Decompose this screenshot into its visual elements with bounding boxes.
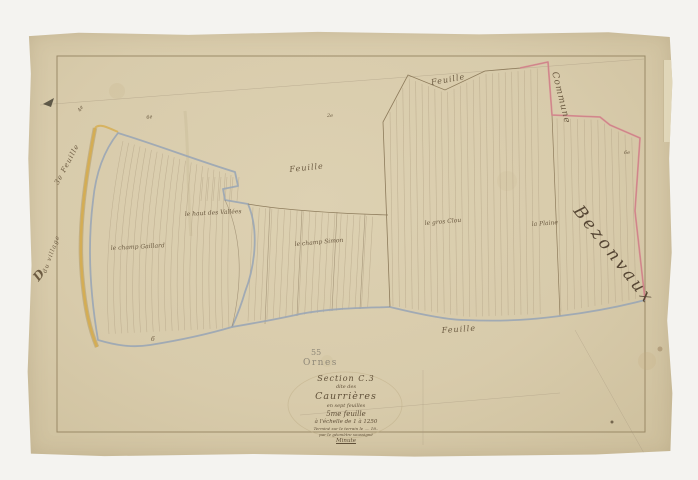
hatch-line (480, 77, 483, 317)
cartouche-section: Section C.3 (285, 375, 407, 383)
hatch-line (537, 69, 540, 314)
map-sheet: Feuille Feuille Feuille 3e Feuille Commu… (27, 31, 673, 457)
hatch-line (454, 89, 457, 316)
hatch-line (492, 73, 495, 315)
hatch-line (486, 74, 489, 316)
hatch-line (215, 171, 219, 328)
stain (638, 352, 656, 370)
survey-line (575, 330, 645, 455)
hatch-line (228, 175, 231, 328)
stain (109, 83, 125, 99)
road-branch (95, 126, 118, 132)
hatch-line (467, 83, 470, 317)
hatch-line (416, 81, 419, 310)
hatch-line (343, 215, 348, 310)
hatch-line (435, 89, 438, 313)
hatch-line (355, 216, 360, 309)
cartouche-dite: dite des (285, 385, 407, 390)
hatch-line (164, 157, 174, 331)
parcel-hatching-left (107, 141, 231, 334)
hatch-line (254, 208, 259, 321)
hatch-line (336, 214, 341, 311)
hatch-line (368, 217, 373, 307)
hatch-line (203, 168, 209, 329)
hatch-line (505, 72, 508, 315)
hatch-line (598, 120, 602, 305)
cartouche-name: Caurrières (285, 392, 407, 402)
hatch-line (280, 210, 285, 318)
ink-speck (611, 421, 614, 424)
hatch-line (611, 129, 615, 303)
torn-edge (663, 60, 673, 142)
hatch-line (273, 209, 278, 318)
cartouche-feuille-number: 5me feuille (285, 411, 407, 418)
sheet-mark: 6e (624, 151, 630, 156)
hatch-line (564, 119, 568, 311)
hatch-line (317, 213, 322, 313)
hatch-line (409, 78, 412, 308)
hatch-line (209, 170, 214, 329)
hatch-line (441, 91, 444, 313)
hatch-line (126, 146, 140, 333)
section-boundary-bottom-right (390, 300, 645, 321)
hatch-line (473, 80, 476, 317)
hatch-line (428, 86, 431, 311)
hatch-line (518, 71, 521, 315)
hatch-line (499, 73, 502, 316)
hatch-line (286, 210, 291, 317)
hatch-line (120, 145, 134, 334)
parcel-boundary (248, 204, 388, 215)
hatch-line (190, 164, 197, 330)
hatch-line (512, 72, 515, 315)
hatch-line (292, 211, 297, 316)
stain (658, 347, 663, 352)
parcel-hatching-right (390, 69, 540, 317)
cartouche-feuilles: en sept feuilles (285, 404, 407, 409)
hatch-line (460, 86, 463, 317)
hatch-line (219, 177, 221, 201)
parcel-hatching-middle (248, 207, 373, 321)
north-arrow-icon (43, 98, 54, 107)
hatch-line (171, 159, 180, 331)
hatch-line (261, 208, 266, 320)
hatch-line (531, 69, 534, 314)
hatch-line (422, 84, 425, 311)
hatch-line (396, 100, 399, 307)
hatch-line (605, 124, 609, 304)
sheet-mark: 6e (146, 115, 153, 121)
sheet-mark: 6 (151, 337, 155, 343)
cartouche-minute: Minute (285, 439, 407, 445)
hatch-line (448, 92, 451, 315)
cartouche-scale: à l'échelle de 1 à 1250 (285, 420, 407, 426)
scanned-map-page: Feuille Feuille Feuille 3e Feuille Commu… (0, 0, 698, 480)
cartouche-note: par le géomètre soussigné (285, 433, 407, 437)
hatch-line (324, 213, 329, 312)
sheet-mark: 2e (327, 114, 333, 119)
hatch-line (390, 112, 393, 306)
hatch-line (311, 212, 316, 314)
parcel-division (225, 200, 239, 327)
hatch-line (305, 212, 310, 315)
pencil-sheet-number: 55 (311, 349, 321, 357)
hatch-line (231, 177, 233, 201)
pencil-commune-name: Ornes (303, 359, 338, 368)
hatch-line (107, 141, 123, 334)
title-cartouche: Section C.3 dite des Caurrières en sept … (285, 375, 407, 447)
section-boundary-left (90, 133, 255, 346)
hatch-line (524, 70, 527, 314)
hatch-line (403, 88, 406, 308)
hatch-line (349, 215, 354, 309)
parcel-hatching-top-strip (201, 177, 239, 201)
hatch-line (298, 211, 303, 315)
cartouche-note: Terminé sur le terrain le .... 18.. (285, 427, 407, 431)
